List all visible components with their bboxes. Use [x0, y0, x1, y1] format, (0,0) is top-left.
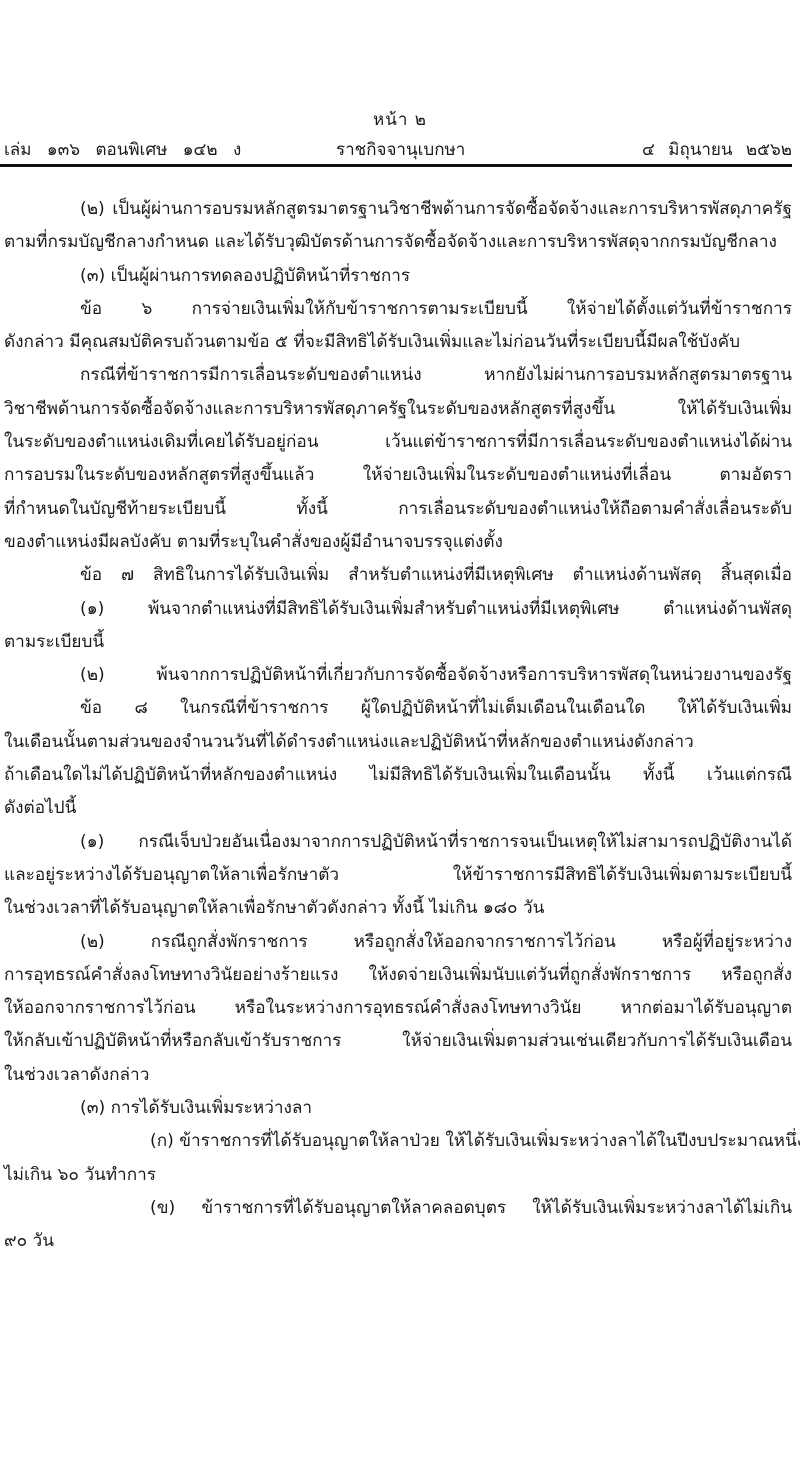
text-line: (๓) เป็นผู้ผ่านการทดลองปฏิบัติหน้าที่ราช…	[4, 260, 792, 293]
text-line: กรณีที่ข้าราชการมีการเลื่อนระดับของตำแหน…	[4, 359, 792, 392]
text-line: ๙๐ วัน	[4, 1225, 792, 1258]
text-line: ของตำแหน่งมีผลบังคับ ตามที่ระบุในคำสั่งข…	[4, 526, 792, 559]
text-line: ในช่วงเวลาที่ได้รับอนุญาตให้ลาเพื่อรักษา…	[4, 892, 792, 925]
text-line: ดังต่อไปนี้	[4, 792, 792, 825]
text-line: (๒) เป็นผู้ผ่านการอบรมหลักสูตรมาตรฐานวิช…	[4, 193, 792, 226]
document-body: (๒) เป็นผู้ผ่านการอบรมหลักสูตรมาตรฐานวิช…	[4, 193, 792, 1259]
text-line: (ข) ข้าราชการที่ได้รับอนุญาตให้ลาคลอดบุต…	[4, 1192, 792, 1225]
text-line: และอยู่ระหว่างได้รับอนุญาตให้ลาเพื่อรักษ…	[4, 859, 792, 892]
text-line: การอุทธรณ์คำสั่งลงโทษทางวินัยอย่างร้ายแร…	[4, 959, 792, 992]
text-line: ไม่เกิน ๖๐ วันทำการ	[4, 1159, 792, 1192]
text-line: ดังกล่าว มีคุณสมบัติครบถ้วนตามข้อ ๕ ที่จ…	[4, 326, 792, 359]
text-line: ในระดับของตำแหน่งเดิมที่เคยได้รับอยู่ก่อ…	[4, 426, 792, 459]
text-line: (๒) พ้นจากการปฏิบัติหน้าที่เกี่ยวกับการจ…	[4, 659, 792, 692]
text-line: (๓) การได้รับเงินเพิ่มระหว่างลา	[4, 1092, 792, 1125]
text-line: (๒) กรณีถูกสั่งพักราชการ หรือถูกสั่งให้อ…	[4, 926, 792, 959]
text-line: ข้อ ๘ ในกรณีที่ข้าราชการ ผู้ใดปฏิบัติหน้…	[4, 692, 792, 725]
text-line: ให้ออกจากราชการไว้ก่อน หรือในระหว่างการอ…	[4, 992, 792, 1025]
text-line: ถ้าเดือนใดไม่ได้ปฏิบัติหน้าที่หลักของตำแ…	[4, 759, 792, 792]
header-rule	[0, 164, 792, 167]
text-line: ให้กลับเข้าปฏิบัติหน้าที่หรือกลับเข้ารับ…	[4, 1025, 792, 1058]
text-line: ที่กำหนดในบัญชีท้ายระเบียบนี้ ทั้งนี้ กา…	[4, 493, 792, 526]
text-line: (๑) กรณีเจ็บป่วยอันเนื่องมาจากการปฏิบัติ…	[4, 826, 792, 859]
publication-name: ราชกิจจานุเบกษา	[336, 136, 465, 163]
text-line: วิชาชีพด้านการจัดซื้อจัดจ้างและการบริหาร…	[4, 393, 792, 426]
text-line: ข้อ ๖ การจ่ายเงินเพิ่มให้กับข้าราชการตาม…	[4, 293, 792, 326]
volume-issue: เล่ม ๑๓๖ ตอนพิเศษ ๑๔๒ ง	[4, 136, 241, 163]
text-line: การอบรมในระดับของหลักสูตรที่สูงขึ้นแล้ว …	[4, 459, 792, 492]
text-line: (ก) ข้าราชการที่ได้รับอนุญาตให้ลาป่วย ให…	[4, 1125, 792, 1158]
text-line: ในเดือนนั้นตามส่วนของจำนวนวันที่ได้ดำรงต…	[4, 726, 792, 759]
page-number: หน้า ๒	[0, 106, 800, 133]
text-line: ตามระเบียบนี้	[4, 626, 792, 659]
text-line: ในช่วงเวลาดังกล่าว	[4, 1059, 792, 1092]
publication-date: ๔ มิถุนายน ๒๕๖๒	[642, 136, 792, 163]
text-line: (๑) พ้นจากตำแหน่งที่มีสิทธิได้รับเงินเพิ…	[4, 593, 792, 626]
text-line: ข้อ ๗ สิทธิในการได้รับเงินเพิ่ม สำหรับตำ…	[4, 559, 792, 592]
text-line: ตามที่กรมบัญชีกลางกำหนด และได้รับวุฒิบัต…	[4, 226, 792, 259]
gazette-header: เล่ม ๑๓๖ ตอนพิเศษ ๑๔๒ ง ราชกิจจานุเบกษา …	[4, 136, 792, 160]
